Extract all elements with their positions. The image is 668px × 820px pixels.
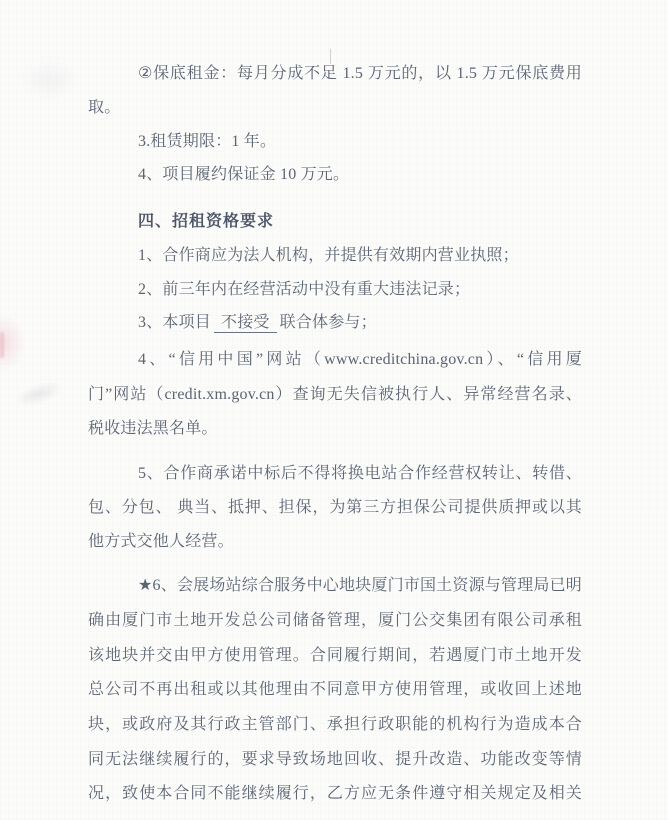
item-no-transfer-line2: 包、分包、 典当、抵押、担保，为第三方担保公司提供质押或以其: [88, 496, 582, 520]
item-credit-check-line3: 税收违法黑名单。: [88, 417, 218, 441]
item-no-consortium-post: 联合体参与；: [280, 314, 377, 331]
item-credit-check-line2: 门”网站（credit.xm.gov.cn）查询无失信被执行人、异常经营名录、: [88, 383, 582, 407]
item-no-consortium-pre: 3、本项目: [138, 314, 211, 331]
gray-smudge-artifact: [12, 377, 66, 411]
item-no-transfer-line1: 5、合作商承诺中标后不得将换电站合作经营权转让、转借、转: [138, 462, 582, 488]
underlined-not-accepted: 不接受: [214, 314, 277, 333]
item-no-violation-record: 2、前三年内在经营活动中没有重大违法记录；: [138, 278, 470, 302]
item-no-consortium: 3、本项目不接受联合体参与；: [138, 311, 377, 335]
scanned-document-page: ②保底租金：每月分成不足 1.5 万元的，以 1.5 万元保底费用计 取。 3.…: [0, 0, 668, 820]
line-lease-term: 3.租赁期限：1 年。: [138, 130, 276, 154]
item-land-clause-line4: 总公司不再出租或以其他理由不同意甲方使用管理，或收回上述地: [88, 678, 582, 702]
item-land-clause-line5: 块，或政府及其行政主管部门、承担行政职能的机构行为造成本合: [88, 713, 582, 737]
faint-smudge-artifact: [20, 60, 80, 100]
line-minimum-rent-cont: 取。: [88, 96, 120, 120]
line-performance-bond: 4、项目履约保证金 10 万元。: [138, 163, 349, 187]
item-land-clause-line3: 该地块并交由甲方使用管理。合同履行期间，若遇厦门市土地开发: [88, 644, 582, 668]
item-land-clause-line6: 同无法继续履行的，要求导致场地回收、提升改造、功能改变等情: [88, 748, 582, 772]
item-land-clause-line2: 确由厦门市土地开发总公司储备管理，厦门公交集团有限公司承租: [88, 609, 582, 633]
item-land-clause-line1: ★6、会展场站综合服务中心地块厦门市国土资源与管理局已明: [138, 574, 582, 598]
section-heading-qualification: 四、招租资格要求: [138, 210, 274, 234]
pink-edge-mark-artifact: [0, 332, 4, 358]
item-no-transfer-line3: 他方式交他人经营。: [88, 530, 234, 554]
item-credit-check-line1: 4、“信用中国”网站（www.creditchina.gov.cn）、“信用厦: [138, 348, 582, 372]
pink-smudge-artifact: [0, 315, 26, 371]
item-legal-entity: 1、合作商应为法人机构，并提供有效期内营业执照；: [138, 244, 519, 268]
line-minimum-rent: ②保底租金：每月分成不足 1.5 万元的，以 1.5 万元保底费用计: [138, 62, 582, 88]
item-land-clause-line7: 况，致使本合同不能继续履行，乙方应无条件遵守相关规定及相关: [88, 782, 582, 806]
